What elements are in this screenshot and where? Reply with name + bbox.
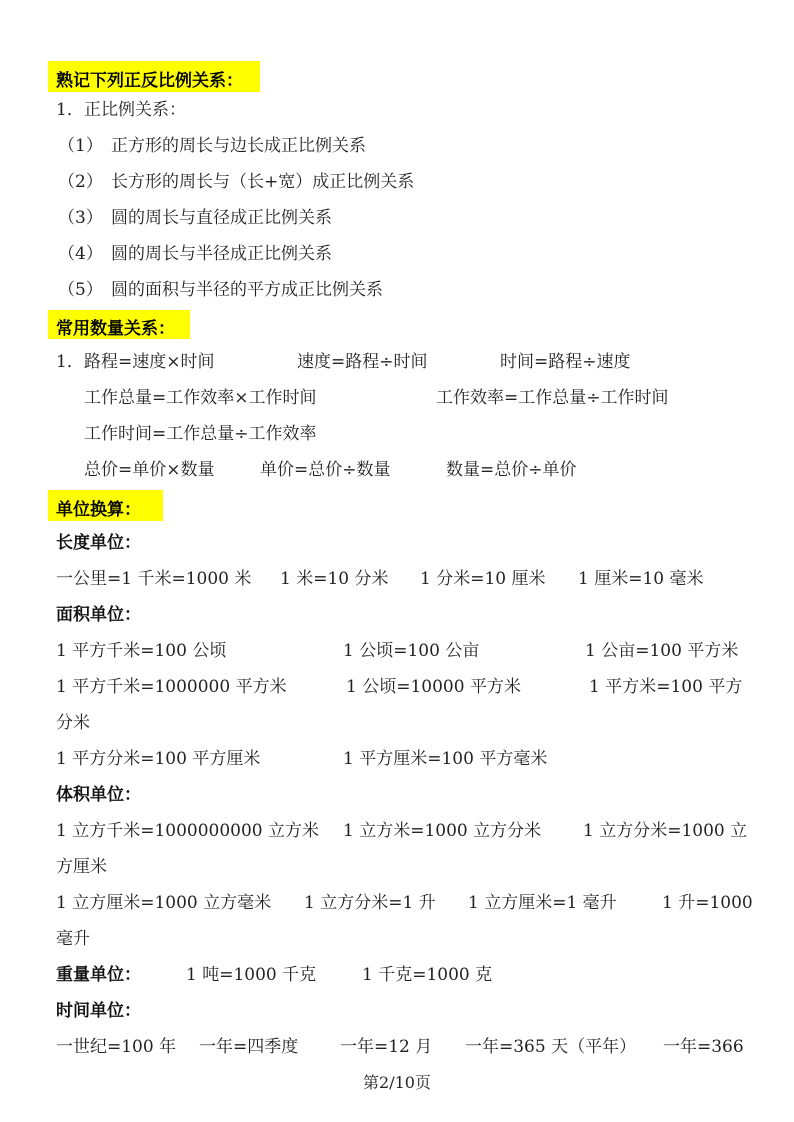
conversion: 1 平方厘米=100 平方毫米	[343, 744, 547, 774]
conversion: 1 平方米=100 平方	[589, 672, 742, 702]
conversion: 1 立方分米=1000 立	[583, 816, 747, 846]
list-number: 1．	[56, 347, 84, 377]
formula: 数量=总价÷单价	[446, 455, 577, 485]
item-number: （4）	[58, 239, 103, 269]
conversion: 一年=12 月	[340, 1032, 432, 1062]
item-text: 长方形的周长与（长+宽）成正比例关系	[111, 167, 414, 197]
conversion: 1 立方千米=1000000000 立方米	[56, 816, 319, 846]
item-number: （5）	[58, 275, 103, 305]
item-text: 圆的周长与直径成正比例关系	[111, 203, 332, 233]
conversion: 1 公亩=100 平方米	[585, 636, 738, 666]
subheading-time: 时间单位：	[56, 996, 141, 1026]
formula: 工作时间=工作总量÷工作效率	[84, 419, 317, 449]
conversion: 1 升=1000	[662, 888, 753, 918]
conversion: 一世纪=100 年	[56, 1032, 176, 1062]
subheading-weight: 重量单位：	[56, 960, 141, 990]
conversion: 1 吨=1000 千克	[186, 960, 316, 990]
item-text: 正方形的周长与边长成正比例关系	[111, 131, 366, 161]
conversion-wrap: 分米	[56, 708, 90, 738]
conversion: 1 厘米=10 毫米	[578, 564, 704, 594]
conversion-wrap: 毫升	[56, 924, 90, 954]
conversion-wrap: 方厘米	[56, 852, 107, 882]
conversion: 1 千克=1000 克	[362, 960, 492, 990]
conversion: 1 公顷=10000 平方米	[346, 672, 521, 702]
section-title-units: 单位换算：	[56, 495, 141, 520]
formula: 工作效率=工作总量÷工作时间	[436, 383, 669, 413]
conversion: 一公里=1 千米=1000 米	[56, 564, 251, 594]
formula: 总价=单价×数量	[84, 455, 215, 485]
formula: 路程=速度×时间	[84, 347, 215, 377]
document-page: 熟记下列正反比例关系： 1． 正比例关系： （1） 正方形的周长与边长成正比例关…	[0, 0, 794, 1122]
section-title-quantity: 常用数量关系：	[56, 314, 175, 339]
conversion: 1 立方分米=1 升	[304, 888, 436, 918]
subheading-volume: 体积单位：	[56, 780, 141, 810]
conversion: 1 分米=10 厘米	[420, 564, 546, 594]
formula: 时间=路程÷速度	[500, 347, 631, 377]
subheading-length: 长度单位：	[56, 528, 141, 558]
conversion: 1 平方分米=100 平方厘米	[56, 744, 260, 774]
item-text: 圆的周长与半径成正比例关系	[111, 239, 332, 269]
conversion: 1 公顷=100 公亩	[343, 636, 479, 666]
list-label: 正比例关系：	[84, 95, 186, 125]
conversion: 1 米=10 分米	[280, 564, 389, 594]
item-number: （3）	[58, 203, 103, 233]
conversion: 1 平方千米=100 公顷	[56, 636, 226, 666]
item-number: （1）	[58, 131, 103, 161]
formula: 速度=路程÷时间	[297, 347, 428, 377]
conversion: 1 平方千米=1000000 平方米	[56, 672, 287, 702]
list-number: 1．	[56, 95, 84, 125]
conversion: 1 立方米=1000 立方分米	[343, 816, 541, 846]
item-number: （2）	[58, 167, 103, 197]
section-title-proportion: 熟记下列正反比例关系：	[56, 66, 243, 91]
conversion: 1 立方厘米=1 毫升	[468, 888, 617, 918]
page-indicator: 第2/10页	[0, 1070, 794, 1093]
conversion: 一年=366	[663, 1032, 744, 1062]
formula: 单价=总价÷数量	[260, 455, 391, 485]
item-text: 圆的面积与半径的平方成正比例关系	[111, 275, 383, 305]
subheading-area: 面积单位：	[56, 600, 141, 630]
conversion: 一年=四季度	[199, 1032, 298, 1062]
conversion: 1 立方厘米=1000 立方毫米	[56, 888, 271, 918]
formula: 工作总量=工作效率×工作时间	[84, 383, 317, 413]
conversion: 一年=365 天（平年）	[465, 1032, 636, 1062]
